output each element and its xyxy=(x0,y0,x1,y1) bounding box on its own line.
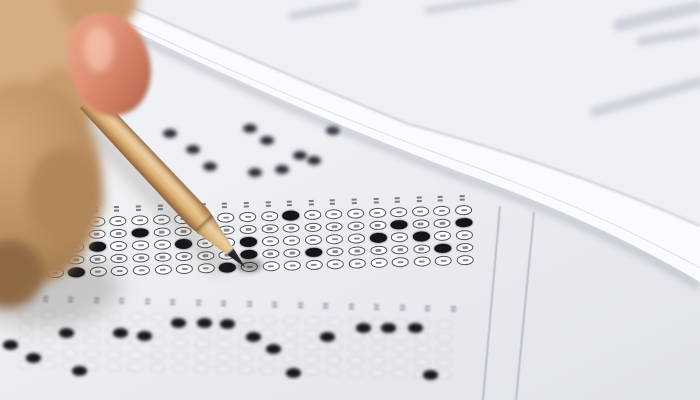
blurred-writing-mark xyxy=(612,0,700,32)
blurred-writing-mark xyxy=(424,0,520,14)
blurred-writing-mark xyxy=(288,0,360,21)
photo-scene xyxy=(0,0,700,400)
hand-skin xyxy=(28,148,104,244)
blurred-writing-mark xyxy=(636,26,700,46)
blurred-writing-mark xyxy=(589,76,700,118)
fingertip-highlight xyxy=(84,26,114,72)
